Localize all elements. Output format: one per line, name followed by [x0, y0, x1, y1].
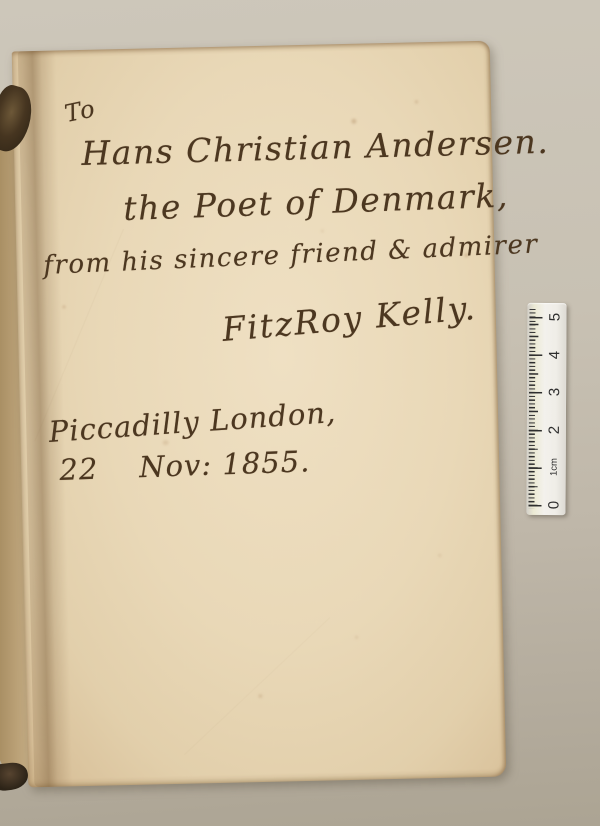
inscription-line-recipient: Hans Christian Andersen. [81, 122, 550, 173]
ruler-centimeter-ticks [528, 309, 542, 509]
inscription-line-to: To [62, 94, 98, 128]
inscription: To Hans Christian Andersen. the Poet of … [0, 0, 600, 826]
inscription-line-date: 22 Nov: 1855. [59, 444, 311, 487]
ruler-label: 3 [545, 382, 563, 402]
inscription-line-dedication: from his sincere friend & admirer [43, 229, 539, 281]
ruler-label: 1cm [545, 457, 563, 477]
ruler-label: 0 [544, 495, 562, 515]
inscription-line-place: Piccadilly London, [48, 395, 338, 449]
ruler-label: 4 [545, 345, 563, 365]
ruler-label: 2 [545, 420, 563, 440]
ruler-label: 5 [545, 307, 563, 327]
inscription-line-title: the Poet of Denmark, [123, 176, 510, 228]
cm-ruler: 0 1cm 2 3 4 5 [526, 303, 566, 515]
photo-background: To Hans Christian Andersen. the Poet of … [0, 0, 600, 826]
inscription-line-signature: FitzRoy Kelly. [221, 288, 479, 349]
